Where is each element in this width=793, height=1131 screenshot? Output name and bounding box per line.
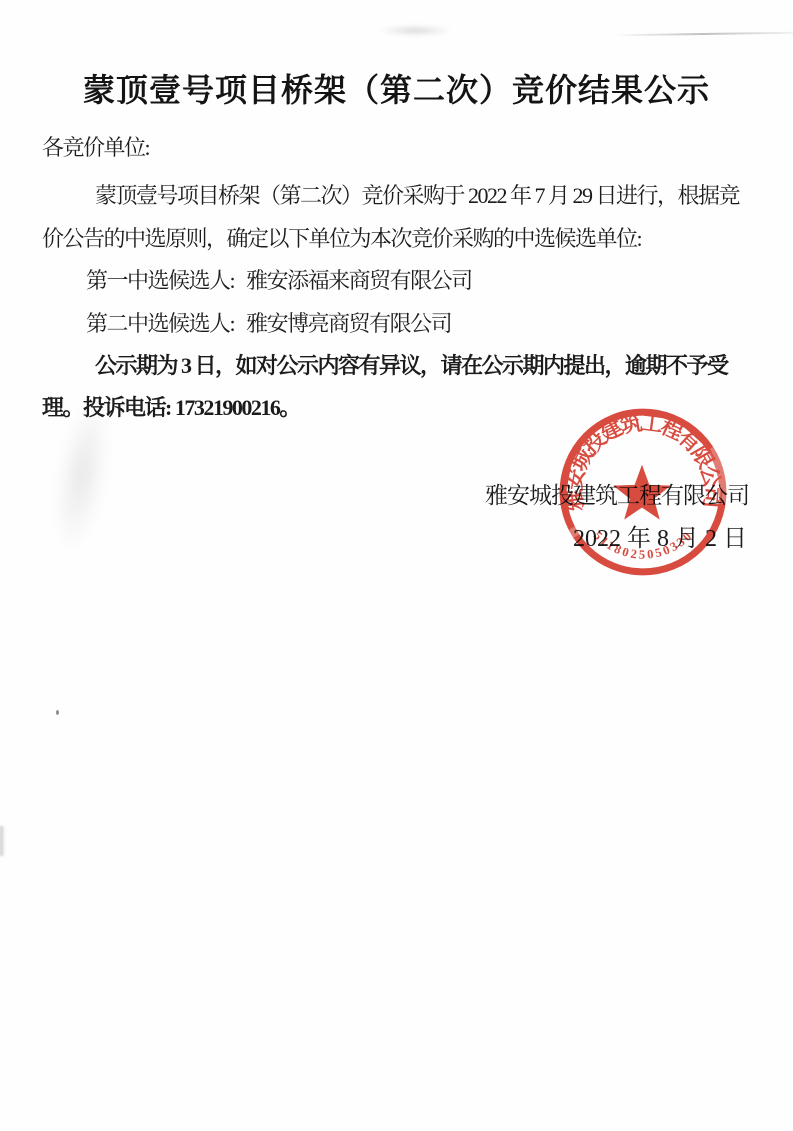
- scan-artifact-smudge: [378, 25, 453, 36]
- scan-artifact-hairline: [615, 32, 793, 36]
- intro-paragraph-line-1: 蒙顶壹号项目桥架（第二次）竞价采购于 2022 年 7 月 29 日进行，根据竞: [95, 179, 739, 210]
- candidate-line-first: 第一中选候选人:雅安添福来商贸有限公司: [86, 264, 472, 295]
- salutation: 各竞价单位:: [42, 131, 149, 162]
- notice-paragraph-line-1: 公示期为 3 日，如对公示内容有异议，请在公示期内提出，逾期不予受: [95, 349, 728, 380]
- scan-artifact-corner: [0, 826, 5, 856]
- notice-paragraph-line-2: 理。投诉电话: 17321900216。: [42, 391, 300, 422]
- candidate-line-second: 第二中选候选人:雅安博亮商贸有限公司: [86, 307, 451, 338]
- scan-artifact-speck: [56, 710, 59, 715]
- signature-company: 雅安城投建筑工程有限公司: [485, 477, 749, 510]
- intro-paragraph-line-2: 价公告的中选原则，确定以下单位为本次竞价采购的中选候选单位:: [42, 222, 641, 253]
- candidate-first-label: 第一中选候选人:: [86, 268, 234, 293]
- candidate-second-company: 雅安博亮商贸有限公司: [246, 311, 451, 336]
- candidate-second-label: 第二中选候选人:: [86, 311, 234, 336]
- document-title: 蒙顶壹号项目桥架（第二次）竞价结果公示: [0, 65, 793, 111]
- document-page: 蒙顶壹号项目桥架（第二次）竞价结果公示 各竞价单位: 蒙顶壹号项目桥架（第二次）…: [0, 0, 793, 1131]
- candidate-first-company: 雅安添福来商贸有限公司: [246, 268, 472, 293]
- signature-date: 2022 年 8 月 2 日: [573, 518, 747, 553]
